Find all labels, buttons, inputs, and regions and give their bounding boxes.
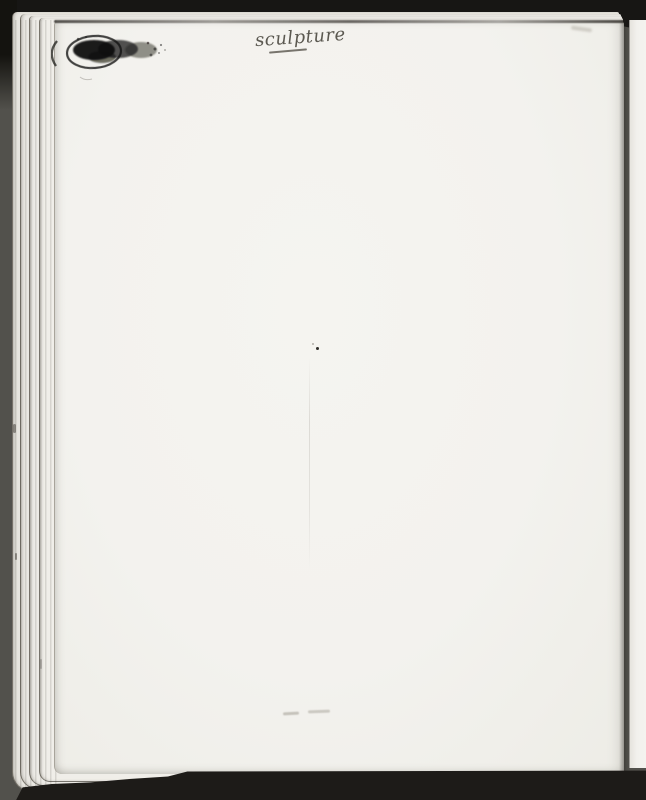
fore-edge-texture <box>12 20 58 790</box>
blank-page <box>54 22 624 774</box>
scanned-sketchbook-page: sculpture <box>0 0 646 800</box>
pencil-trace <box>80 77 92 80</box>
ink-smudge-icon <box>73 40 157 63</box>
page-top-edge-shadow <box>54 20 624 23</box>
ink-speck <box>316 347 319 350</box>
gutter-crease <box>619 20 630 772</box>
facing-page-edge <box>629 20 646 768</box>
ink-speck-faint <box>312 343 314 345</box>
partial-circle-icon <box>52 41 57 66</box>
ink-smudge-mark <box>42 30 172 90</box>
fore-edge-scuff <box>40 659 42 669</box>
page-crease <box>309 358 310 570</box>
fore-edge-scuff <box>13 424 16 433</box>
fore-edge-scuff <box>15 553 17 560</box>
